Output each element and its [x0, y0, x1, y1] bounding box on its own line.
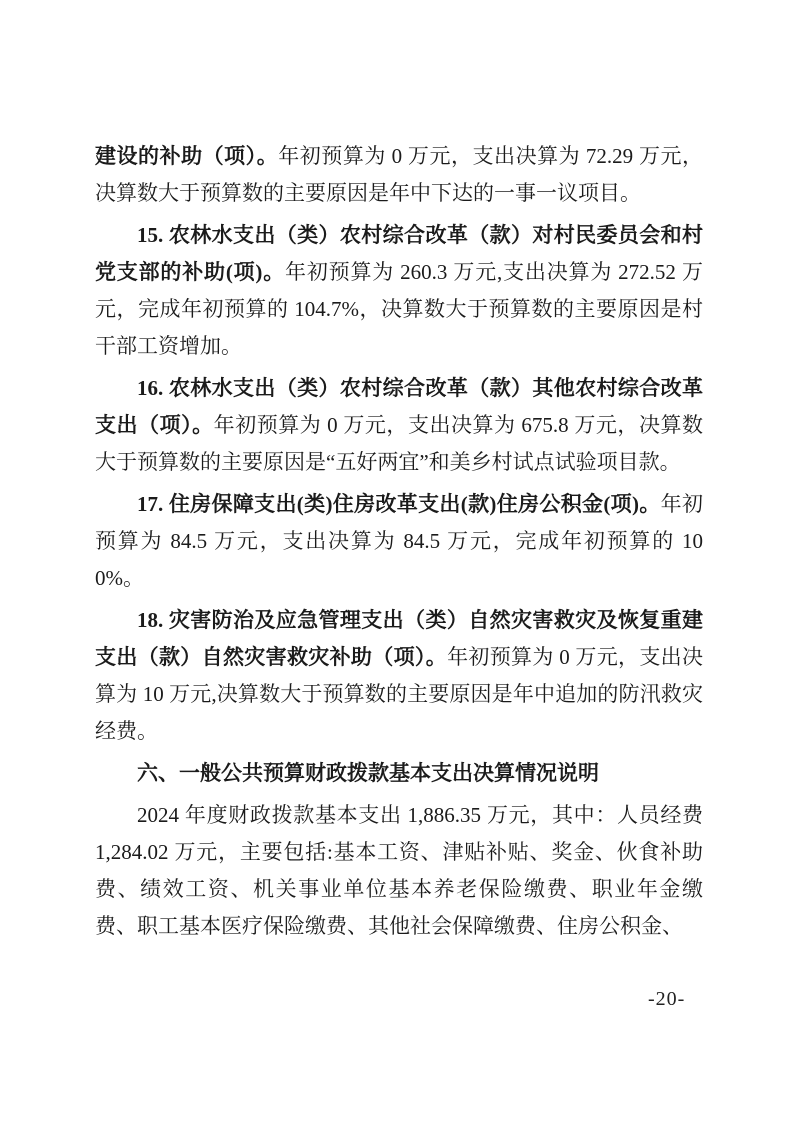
paragraph-closing: 2024 年度财政拨款基本支出 1,886.35 万元，其中：人员经费 1,28… [95, 797, 703, 945]
paragraph-item-17: 17. 住房保障支出(类)住房改革支出(款)住房公积金(项)。年初预算为 84.… [95, 486, 703, 597]
paragraph-item-15: 15. 农林水支出（类）农村综合改革（款）对村民委员会和村党支部的补助(项)。年… [95, 217, 703, 365]
paragraph-item-17-lead: 17. 住房保障支出(类)住房改革支出(款)住房公积金(项)。 [137, 492, 661, 516]
page-number: -20- [648, 988, 685, 1011]
page-content: 建设的补助（项）。年初预算为 0 万元，支出决算为 72.29 万元，决算数大于… [95, 138, 703, 950]
paragraph-item-18: 18. 灾害防治及应急管理支出（类）自然灾害救灾及恢复重建支出（款）自然灾害救灾… [95, 602, 703, 750]
section-heading: 六、一般公共预算财政拨款基本支出决算情况说明 [95, 755, 703, 792]
paragraph-continuation-lead: 建设的补助（项）。 [95, 144, 278, 168]
paragraph-continuation: 建设的补助（项）。年初预算为 0 万元，支出决算为 72.29 万元，决算数大于… [95, 138, 703, 212]
paragraph-item-16: 16. 农林水支出（类）农村综合改革（款）其他农村综合改革支出（项）。年初预算为… [95, 370, 703, 481]
document-page: 建设的补助（项）。年初预算为 0 万元，支出决算为 72.29 万元，决算数大于… [0, 0, 793, 1122]
paragraph-closing-body: 2024 年度财政拨款基本支出 1,886.35 万元，其中：人员经费 1,28… [95, 803, 703, 938]
